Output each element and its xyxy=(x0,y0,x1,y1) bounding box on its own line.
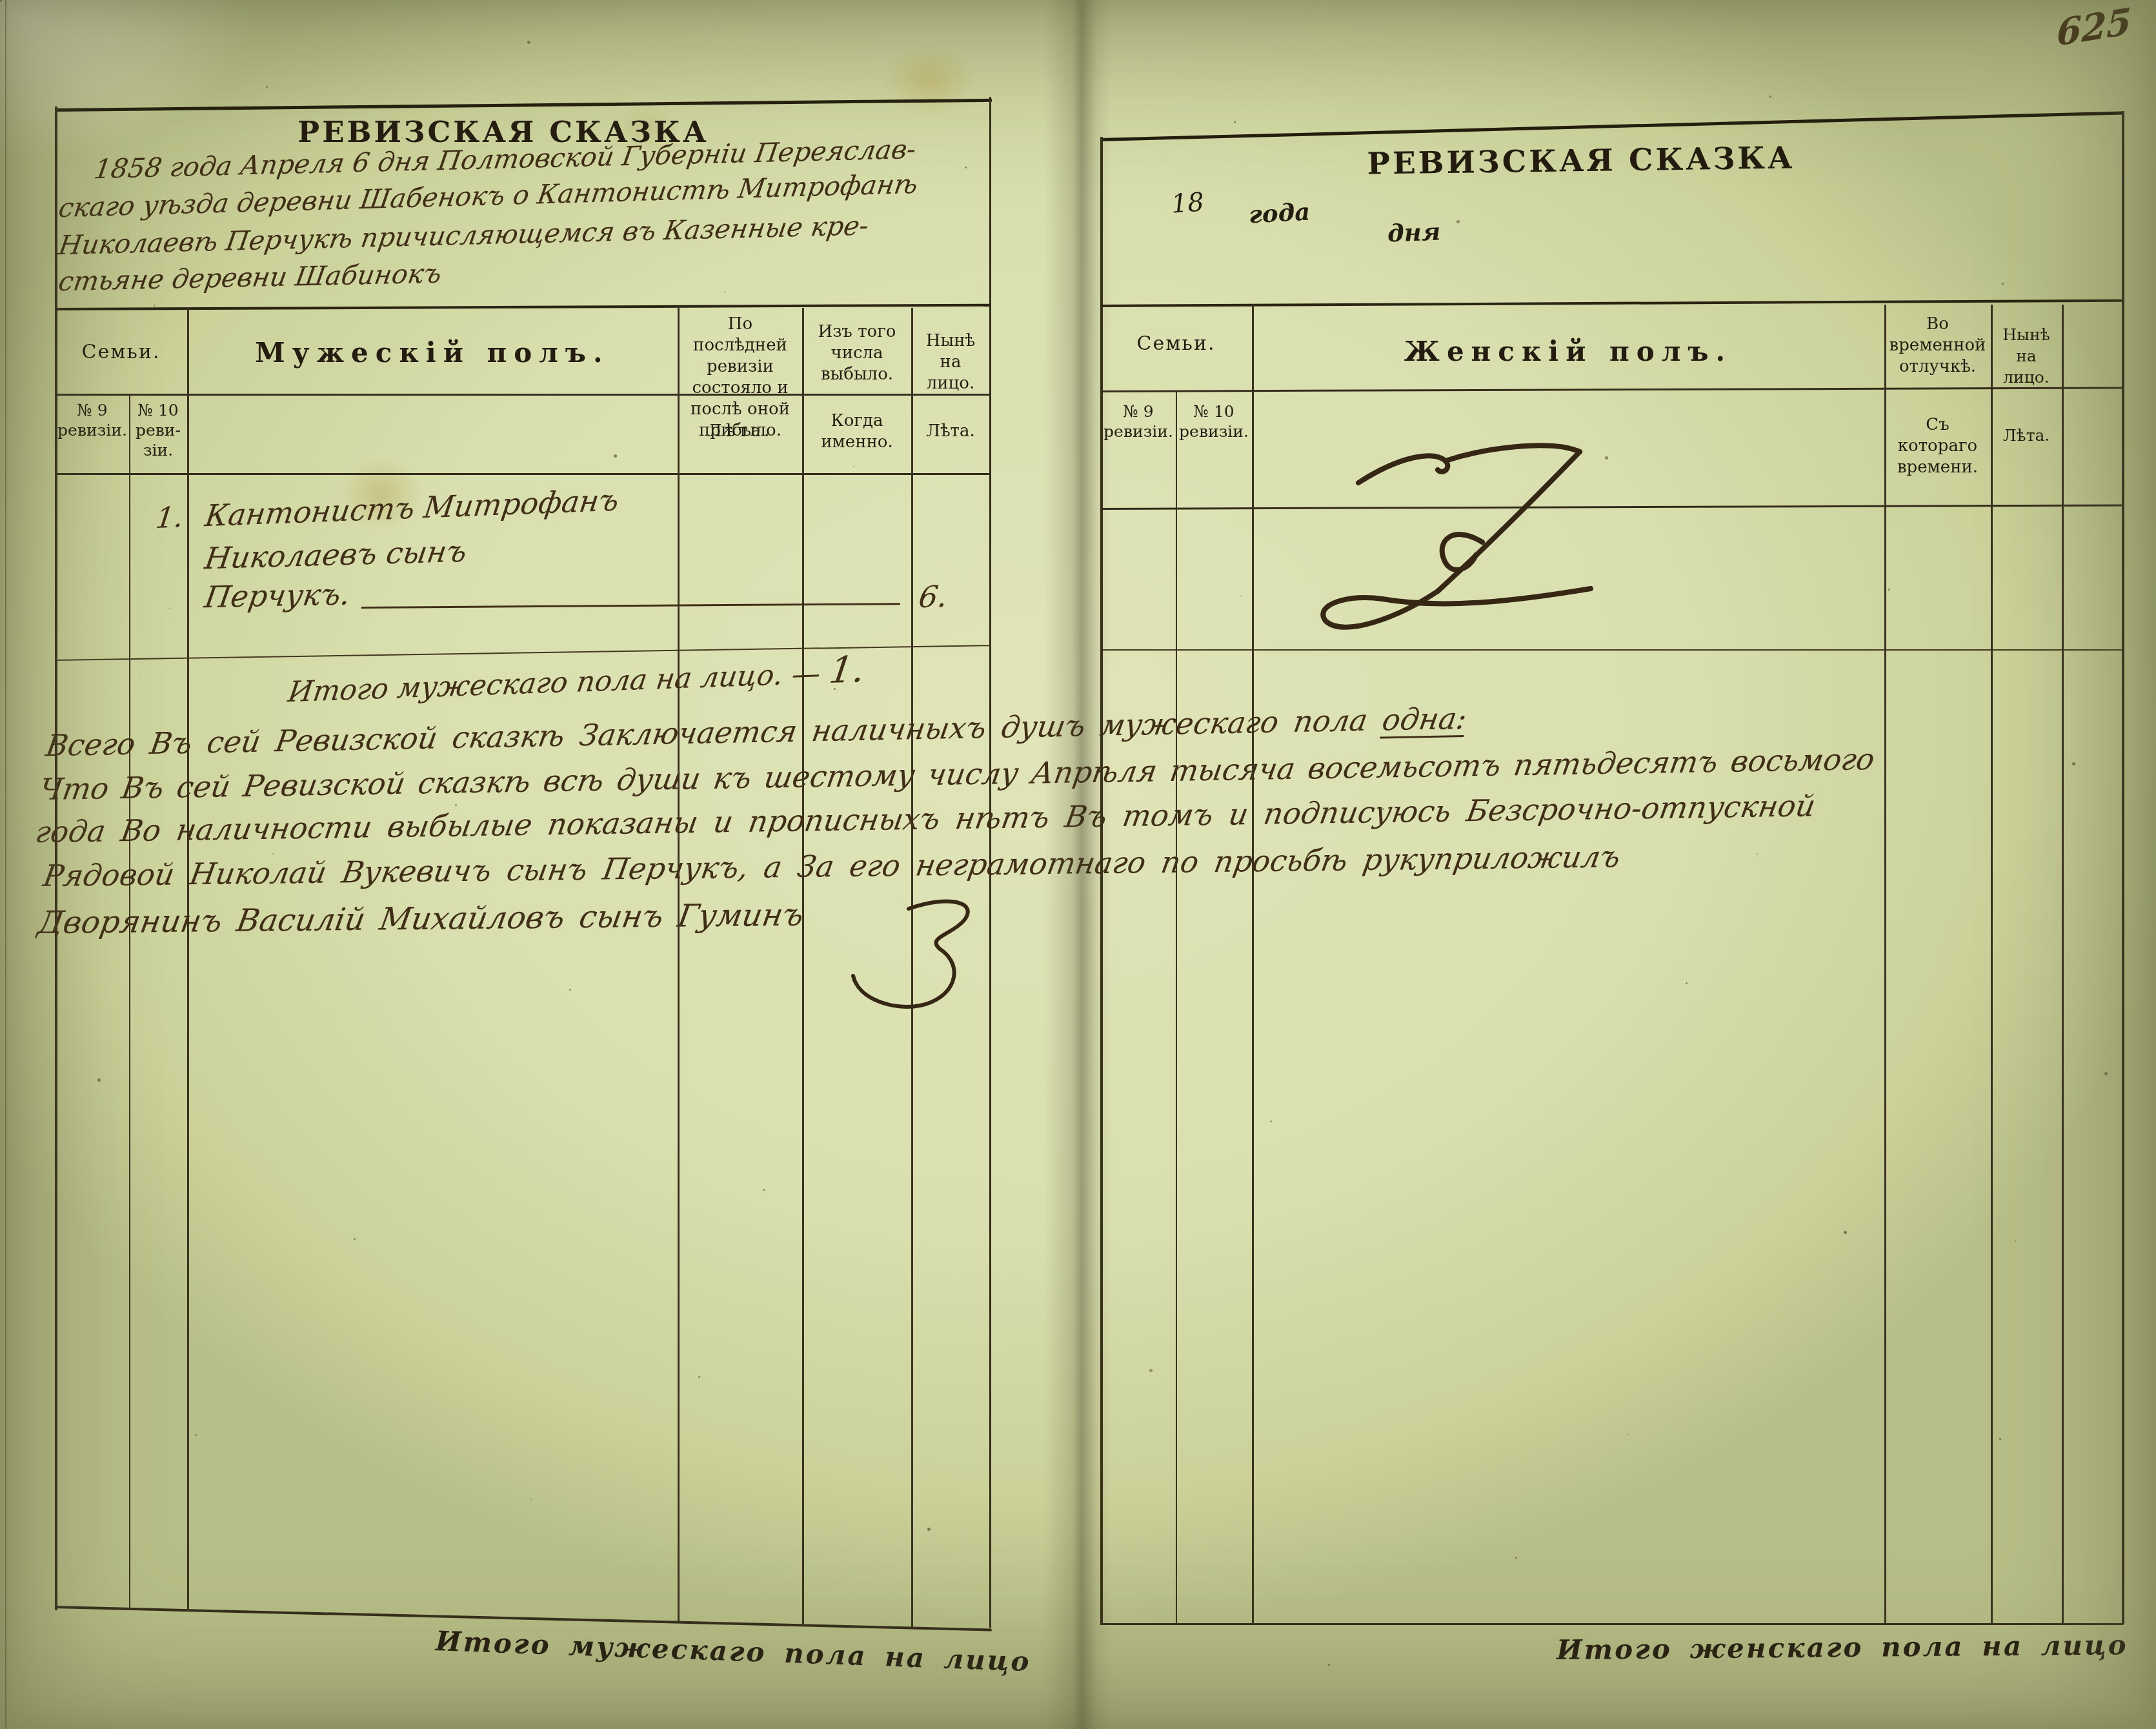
left-header-bottom-line xyxy=(55,473,991,475)
right-col-absence-header: Во временной отлучкѣ. xyxy=(1888,314,1987,378)
entry-name-line: Николаевъ сынъ xyxy=(203,534,469,576)
void-flourish-z-mark xyxy=(1323,445,1591,627)
right-col-years-header: Лѣта. xyxy=(1993,425,2060,446)
summary-signature-line: Дворянинъ Василій Михайловъ сынъ Гуминъ xyxy=(35,897,807,942)
folio-page-number: 625 xyxy=(2057,0,2132,55)
left-col-years2-header: Лѣта. xyxy=(914,421,987,442)
left-col-line xyxy=(911,308,913,1628)
document-spread: 625 РЕВИЗСКАЯ СКАЗКА 1858 года Апреля 6 … xyxy=(0,0,2156,1729)
right-col-line xyxy=(1252,305,1254,1624)
right-col-rev10-header: № 10 реви­зіи. xyxy=(1177,401,1251,441)
left-header-top-line xyxy=(55,304,991,310)
paper-specks xyxy=(0,0,1,1)
left-header-mid-line xyxy=(55,394,991,396)
left-col-rev10-header: № 10 реви­зіи. xyxy=(130,400,186,460)
right-footer-caption: Итого женскаго пола на лицо xyxy=(1557,1629,2128,1666)
right-year-digits: 18 xyxy=(1170,187,1205,219)
right-day-word: дня xyxy=(1387,217,1441,248)
right-table-left-border xyxy=(1100,137,1103,1624)
entry-name-line: Кантонистъ Митрофанъ xyxy=(203,482,621,533)
left-col-rev9-header: № 9 реви­зіи. xyxy=(57,400,128,440)
entry-family-number: 1. xyxy=(154,501,185,536)
left-col-family-header: Семьи. xyxy=(55,341,187,363)
left-table-bottom-border xyxy=(55,1606,992,1631)
paper-stain xyxy=(865,32,994,129)
right-col-line xyxy=(1884,305,1886,1624)
left-col-present-header: Нынѣ на лицо. xyxy=(914,330,987,394)
signature-flourish xyxy=(853,902,968,1007)
left-col-years1-header: Лѣта. xyxy=(681,421,800,442)
right-col-line xyxy=(1176,390,1177,1624)
summary-total-value: 1. xyxy=(827,649,867,692)
right-col-present-header: Нынѣ на лицо. xyxy=(1993,324,2060,388)
left-col-when-header: Когда именно. xyxy=(805,410,909,453)
left-col-departed-header: Изъ того числа выбыло. xyxy=(805,321,909,385)
left-footer-caption: Итого мужескаго пола на лицо xyxy=(435,1625,1031,1677)
right-page-title: РЕВИЗСКАЯ СКАЗКА xyxy=(1291,139,1872,183)
left-page-edge-line xyxy=(5,0,6,1729)
entry-age-present: 6. xyxy=(916,578,949,614)
summary-line-2-underlined: одна: xyxy=(1380,701,1469,738)
left-col-line xyxy=(129,394,130,1610)
right-col-since-header: Съ котораго времени. xyxy=(1888,414,1987,478)
entry-name-line: Перчукъ. xyxy=(203,576,353,614)
left-preamble-line: стьяне деревни Шабинокъ xyxy=(57,258,444,298)
right-col-female-header: Женскій полъ. xyxy=(1252,336,1884,367)
left-table-top-border xyxy=(55,99,992,112)
right-col-line xyxy=(1991,305,1993,1624)
left-col-line xyxy=(678,308,680,1622)
left-col-line xyxy=(187,308,189,1611)
summary-total-text: Итого мужескаго пола на лицо. — xyxy=(286,657,823,709)
entry-filler-dash xyxy=(361,603,900,609)
left-col-male-header: Мужескій полъ. xyxy=(187,337,678,369)
right-year-word: года xyxy=(1248,197,1311,229)
right-col-rev9-header: № 9 реви­зіи. xyxy=(1102,401,1174,441)
right-table-top-border xyxy=(1100,112,2123,141)
right-col-family-header: Семьи. xyxy=(1100,332,1252,355)
summary-line-5: Рядовой Николай Вукевичъ сынъ Перчукъ, а… xyxy=(41,839,1623,893)
right-table-right-border xyxy=(2122,111,2124,1624)
left-col-line xyxy=(802,308,804,1625)
summary-total-line: Итого мужескаго пола на лицо. — 1. xyxy=(286,649,867,711)
right-col-line xyxy=(2062,305,2064,1624)
